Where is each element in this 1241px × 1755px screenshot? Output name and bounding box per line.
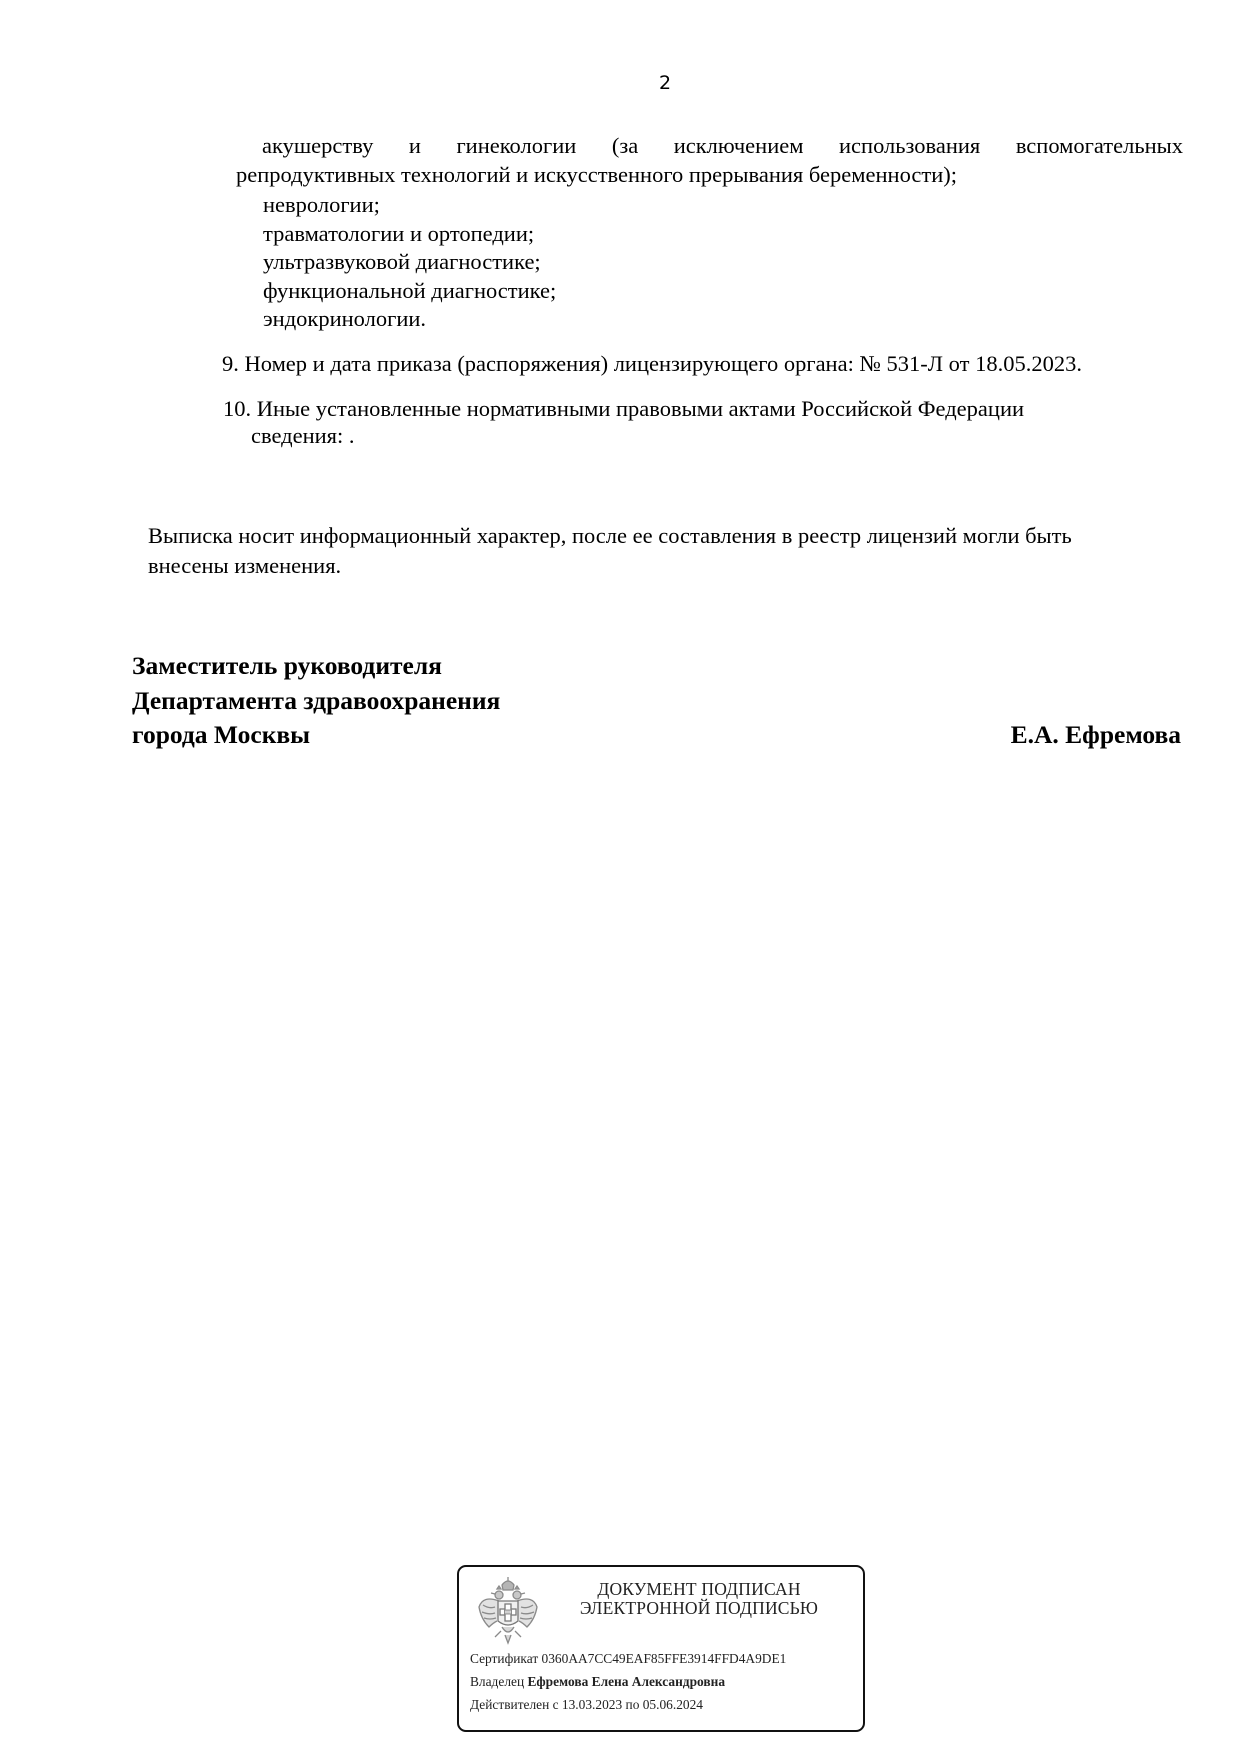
certificate-label: Сертификат: [470, 1651, 538, 1666]
section-10-line2: сведения: .: [251, 421, 355, 450]
signer-title-line2: Департамента здравоохранения: [132, 683, 500, 718]
specialty-list: неврологии; травматологии и ортопедии; у…: [263, 191, 556, 334]
stamp-certificate: Сертификат 0360AA7CC49EAF85FFE3914FFD4A9…: [470, 1651, 786, 1667]
specialty-item: эндокринологии.: [263, 305, 556, 334]
specialty-item: неврологии;: [263, 191, 556, 220]
stamp-title-line2: ЭЛЕКТРОННОЙ ПОДПИСЬЮ: [564, 1599, 834, 1618]
section-10-line1: 10. Иные установленные нормативными прав…: [223, 394, 1024, 423]
disclaimer-line2: внесены изменения.: [148, 551, 341, 581]
specialty-item: травматологии и ортопедии;: [263, 220, 556, 249]
owner-label: Владелец: [470, 1674, 524, 1689]
stamp-title: ДОКУМЕНТ ПОДПИСАН ЭЛЕКТРОННОЙ ПОДПИСЬЮ: [564, 1580, 834, 1618]
stamp-owner: Владелец Ефремова Елена Александровна: [470, 1674, 725, 1690]
document-page: 2 акушерству и гинекологии (за исключени…: [0, 0, 1241, 1755]
owner-value: Ефремова Елена Александровна: [527, 1674, 725, 1689]
russian-eagle-emblem-icon: [475, 1575, 541, 1647]
specialty-item: функциональной диагностике;: [263, 277, 556, 306]
electronic-signature-stamp: ДОКУМЕНТ ПОДПИСАН ЭЛЕКТРОННОЙ ПОДПИСЬЮ С…: [457, 1565, 865, 1732]
certificate-value: 0360AA7CC49EAF85FFE3914FFD4A9DE1: [542, 1651, 787, 1666]
page-number: 2: [0, 72, 1241, 94]
stamp-validity: Действителен с 13.03.2023 по 05.06.2024: [470, 1697, 703, 1713]
signer-name: Е.А. Ефремова: [1011, 717, 1181, 752]
signer-title-line1: Заместитель руководителя: [132, 648, 442, 683]
disclaimer-line1: Выписка носит информационный характер, п…: [148, 521, 1072, 551]
specialty-obstetrics-line1: акушерству и гинекологии (за исключением…: [262, 131, 1183, 160]
specialty-obstetrics-line2: репродуктивных технологий и искусственно…: [236, 160, 957, 189]
signer-title-line3: города Москвы: [132, 717, 310, 752]
section-9-order-info: 9. Номер и дата приказа (распоряжения) л…: [222, 349, 1082, 378]
specialty-item: ультразвуковой диагностике;: [263, 248, 556, 277]
stamp-title-line1: ДОКУМЕНТ ПОДПИСАН: [564, 1580, 834, 1599]
